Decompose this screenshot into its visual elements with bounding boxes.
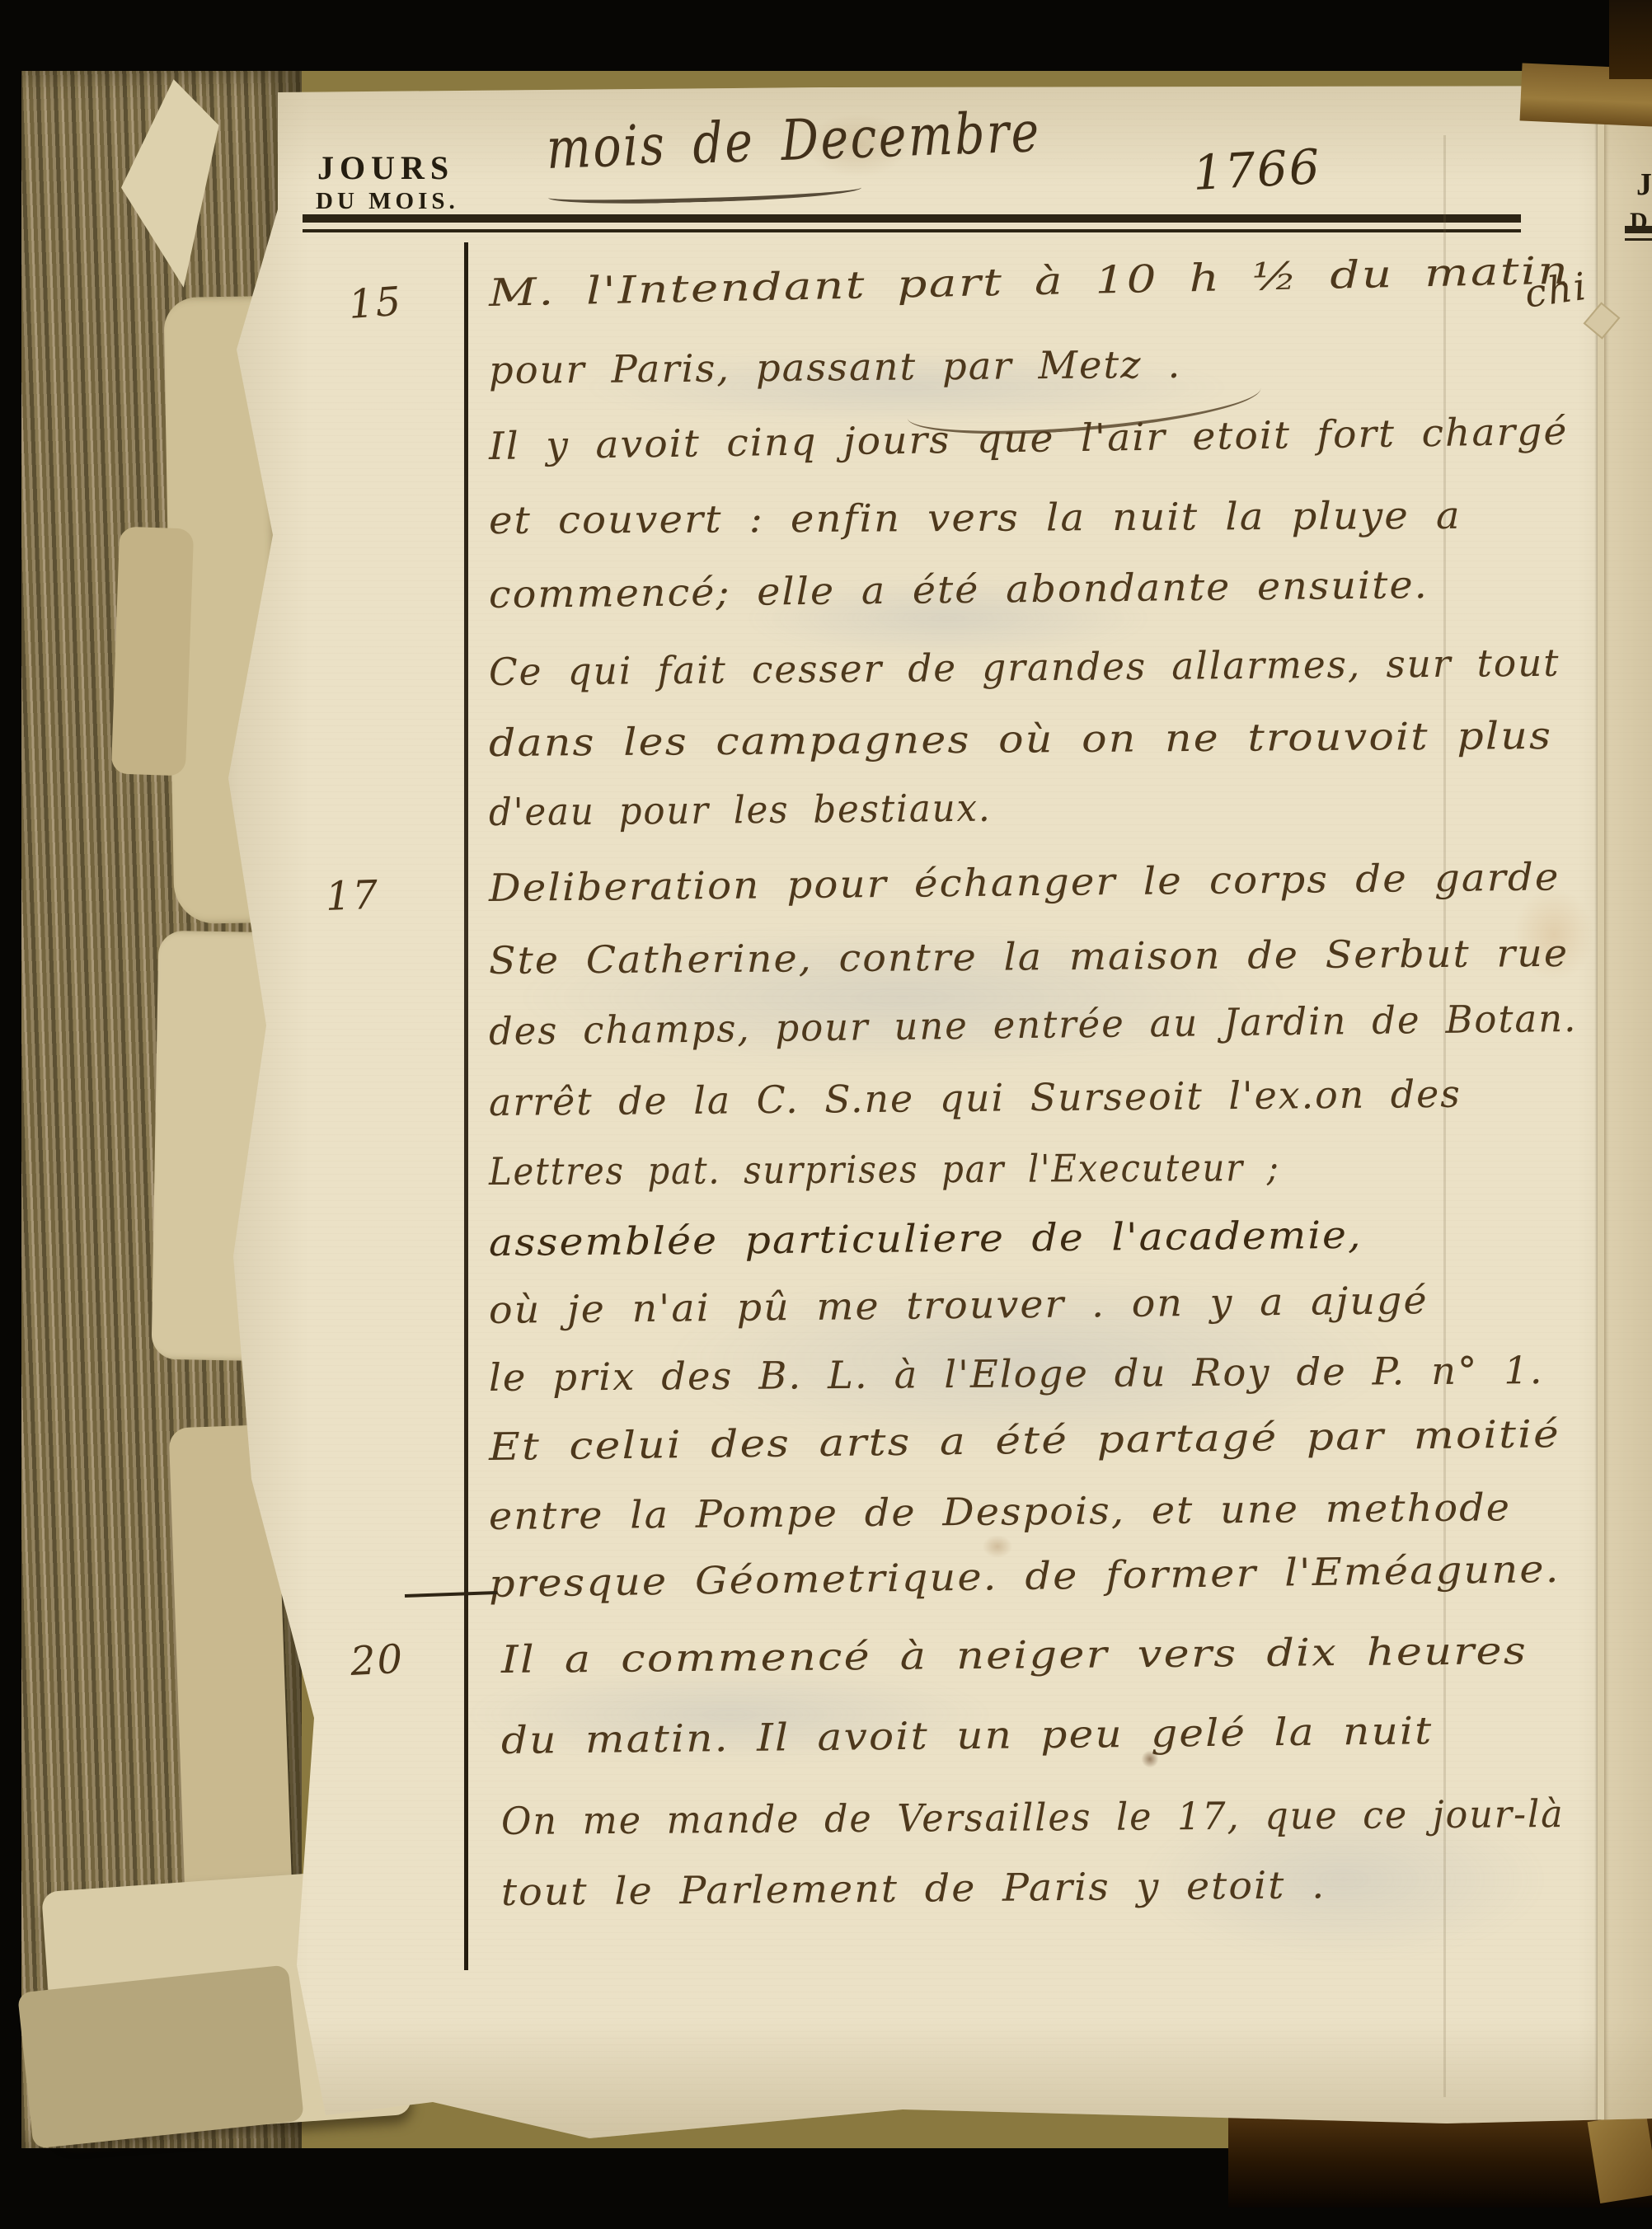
torn-page-edge <box>111 527 194 777</box>
entry-15-line: commencé; elle a été abondante ensuite. <box>489 562 1429 617</box>
column-header-du-mois: DU MOIS. <box>316 188 459 215</box>
entry-17-line: arrêt de la C. S.ne qui Surseoit l'ex.on… <box>489 1072 1462 1124</box>
book-photograph: JOURS DU MOIS. mois de Decembre 1766 15 … <box>0 0 1652 2229</box>
next-page-rule-fragment <box>1625 226 1652 241</box>
entry-17-line: assemblée particuliere de l'academie, <box>489 1213 1363 1265</box>
entry-15-line: et couvert : enfin vers la nuit la pluye… <box>489 493 1462 542</box>
entry-17-line: Deliberation pour échanger le corps de g… <box>489 854 1560 910</box>
entry-17-line: entre la Pompe de Despois, et une method… <box>489 1485 1512 1538</box>
entry-17-line: Lettres pat. surprises par l'Executeur ; <box>489 1145 1280 1194</box>
day-number-20: 20 <box>350 1636 406 1685</box>
day-column-rule <box>464 242 468 1970</box>
day-number-15: 15 <box>347 279 404 328</box>
entry-15-line: d'eau pour les bestiaux. <box>489 786 992 834</box>
entry-20-line: du matin. Il avoit un peu gelé la nuit <box>501 1708 1434 1762</box>
column-header-jours: JOURS <box>317 148 454 187</box>
pen-flourish <box>548 177 862 206</box>
next-page-letter-fragment: J <box>1636 167 1652 203</box>
entry-20-line: tout le Parlement de Paris y etoit . <box>501 1862 1326 1914</box>
entry-17-line: presque Géometrique. de former l'Eméagun… <box>489 1546 1560 1606</box>
entry-15-line: M. l'Intendant part à 10 h ½ du matin <box>488 248 1570 315</box>
page-edge-crease <box>1598 86 1604 2143</box>
entry-17-line: le prix des B. L. à l'Eloge du Roy de P.… <box>489 1348 1544 1400</box>
year-label: 1766 <box>1191 138 1322 201</box>
month-title: mois de Decembre <box>546 100 1042 182</box>
torn-page-edge <box>17 1964 304 2148</box>
entry-15-line: dans les campagnes où on ne trouvoit plu… <box>489 713 1553 765</box>
manuscript-page: JOURS DU MOIS. mois de Decembre 1766 15 … <box>161 86 1652 2143</box>
day-number-17: 17 <box>325 872 380 920</box>
entry-15-line: Ce qui fait cesser de grandes allarmes, … <box>489 641 1560 694</box>
separator-dash <box>405 1591 497 1598</box>
entry-17-line: Et celui des arts a été partagé par moit… <box>489 1411 1561 1469</box>
book-cover-corner <box>1609 0 1652 79</box>
overhanging-stroke: chi <box>1522 264 1590 317</box>
entry-20-line: On me mande de Versailles le 17, que ce … <box>501 1791 1565 1843</box>
entry-20-line: Il a commencé à neiger vers dix heures <box>501 1628 1528 1682</box>
header-double-rule <box>303 214 1521 232</box>
next-page-sliver <box>1604 86 1652 2143</box>
entry-17-line: Ste Catherine, contre la maison de Serbu… <box>489 931 1569 983</box>
